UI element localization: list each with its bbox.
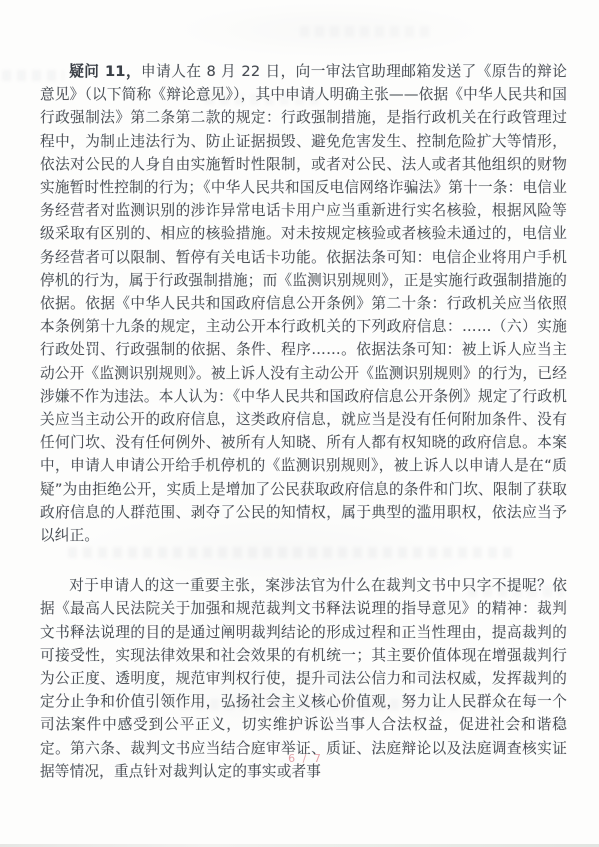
bleed-through-artifact [300,26,430,37]
paragraph-lead-question-11: 疑问 11， [69,63,141,80]
page-number: 6 / 7 [0,752,599,765]
document-text: 疑问 11，申请人在 8 月 22 日，向一审法官助理邮箱发送了《原告的辩论意见… [40,60,567,783]
paragraph-question-11: 疑问 11，申请人在 8 月 22 日，向一审法官助理邮箱发送了《原告的辩论意见… [40,60,567,547]
scanned-document-page: 疑问 11，申请人在 8 月 22 日，向一审法官助理邮箱发送了《原告的辩论意见… [0,0,599,847]
paragraph-body: 对于申请人的这一重要主张，案涉法官为什么在裁判文书中只字不提呢？依据《最高人民法… [40,577,567,780]
paragraph-body: 申请人在 8 月 22 日，向一审法官助理邮箱发送了《原告的辩论意见》（以下简称… [40,63,567,544]
